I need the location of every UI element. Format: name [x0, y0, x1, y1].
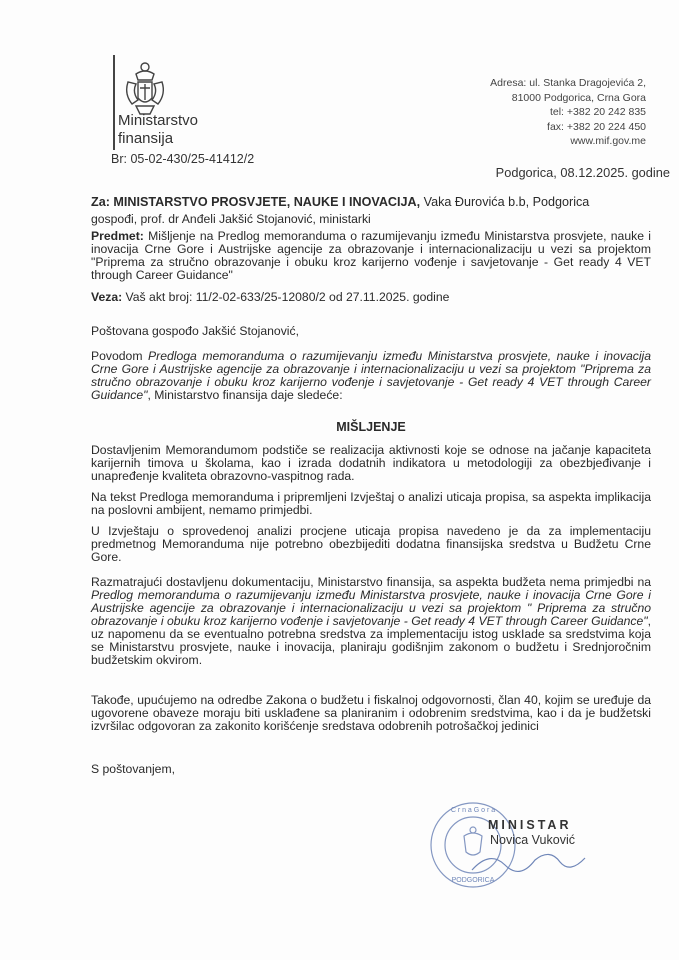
reference-number: Br: 05-02-430/25-41412/2 [111, 152, 254, 166]
paragraph-5: Takođe, upućujemo na odredbe Zakona o bu… [91, 694, 651, 733]
paragraph-4: Razmatrajući dostavljenu dokumentaciju, … [91, 576, 651, 667]
paragraph-3: U Izvještaju o sprovedenoj analizi procj… [91, 525, 651, 564]
recipient-line: Za: MINISTARSTVO PROSVJETE, NAUKE I INOV… [91, 196, 651, 209]
logo-divider [113, 55, 115, 150]
address-line2: 81000 Podgorica, Crna Gora [400, 91, 646, 106]
section-heading: MIŠLJENJE [91, 420, 651, 434]
intro-prefix: Povodom [91, 349, 148, 363]
recipient-name: MINISTARSTVO PROSVJETE, NAUKE I INOVACIJ… [113, 195, 420, 209]
signatory-name: Novica Vuković [490, 833, 575, 847]
ministry-name-line2: finansija [118, 130, 198, 148]
svg-text:C r n a G o r a: C r n a G o r a [451, 807, 495, 814]
paragraph-2: Na tekst Predloga memoranduma i pripreml… [91, 491, 651, 517]
paragraph-4-italic: Predlog memoranduma o razumijevanju izme… [91, 588, 651, 628]
paragraph-4-prefix: Razmatrajući dostavljenu dokumentaciju, … [91, 575, 651, 589]
subject-text: Mišljenje na Predlog memoranduma o razum… [91, 229, 651, 282]
reference-link: Veza: Vaš akt broj: 11/2-02-633/25-12080… [91, 291, 651, 304]
link-label: Veza: [91, 290, 122, 304]
subject-label: Predmet: [91, 229, 144, 243]
address-tel: tel: +382 20 242 835 [400, 105, 646, 120]
link-text: Vaš akt broj: 11/2-02-633/25-12080/2 od … [122, 290, 449, 304]
intro-paragraph: Povodom Predloga memoranduma o razumijev… [91, 350, 651, 402]
address-block: Adresa: ul. Stanka Dragojevića 2, 81000 … [400, 76, 646, 149]
ministry-name: Ministarstvo finansija [118, 112, 198, 148]
subject-block: Predmet: Mišljenje na Predlog memorandum… [91, 230, 651, 282]
salutation: Poštovana gospođo Jakšić Stojanović, [91, 325, 651, 338]
place-date: Podgorica, 08.12.2025. godine [420, 165, 670, 180]
recipient-person: gospođi, prof. dr Anđeli Jakšić Stojanov… [91, 213, 651, 226]
recipient-label: Za: [91, 195, 110, 209]
intro-suffix: , Ministarstvo finansija daje sledeće: [148, 388, 343, 402]
closing: S poštovanjem, [91, 763, 651, 776]
address-web: www.mif.gov.me [400, 134, 646, 149]
signatory-title: MINISTAR [488, 818, 572, 832]
paragraph-1: Dostavljenim Memorandumom podstiče se re… [91, 444, 651, 483]
recipient-address: Vaka Đurovića b.b, Podgorica [420, 195, 589, 209]
address-fax: fax: +382 20 224 450 [400, 120, 646, 135]
ministry-name-line1: Ministarstvo [118, 112, 198, 130]
address-line1: Adresa: ul. Stanka Dragojevića 2, [400, 76, 646, 91]
